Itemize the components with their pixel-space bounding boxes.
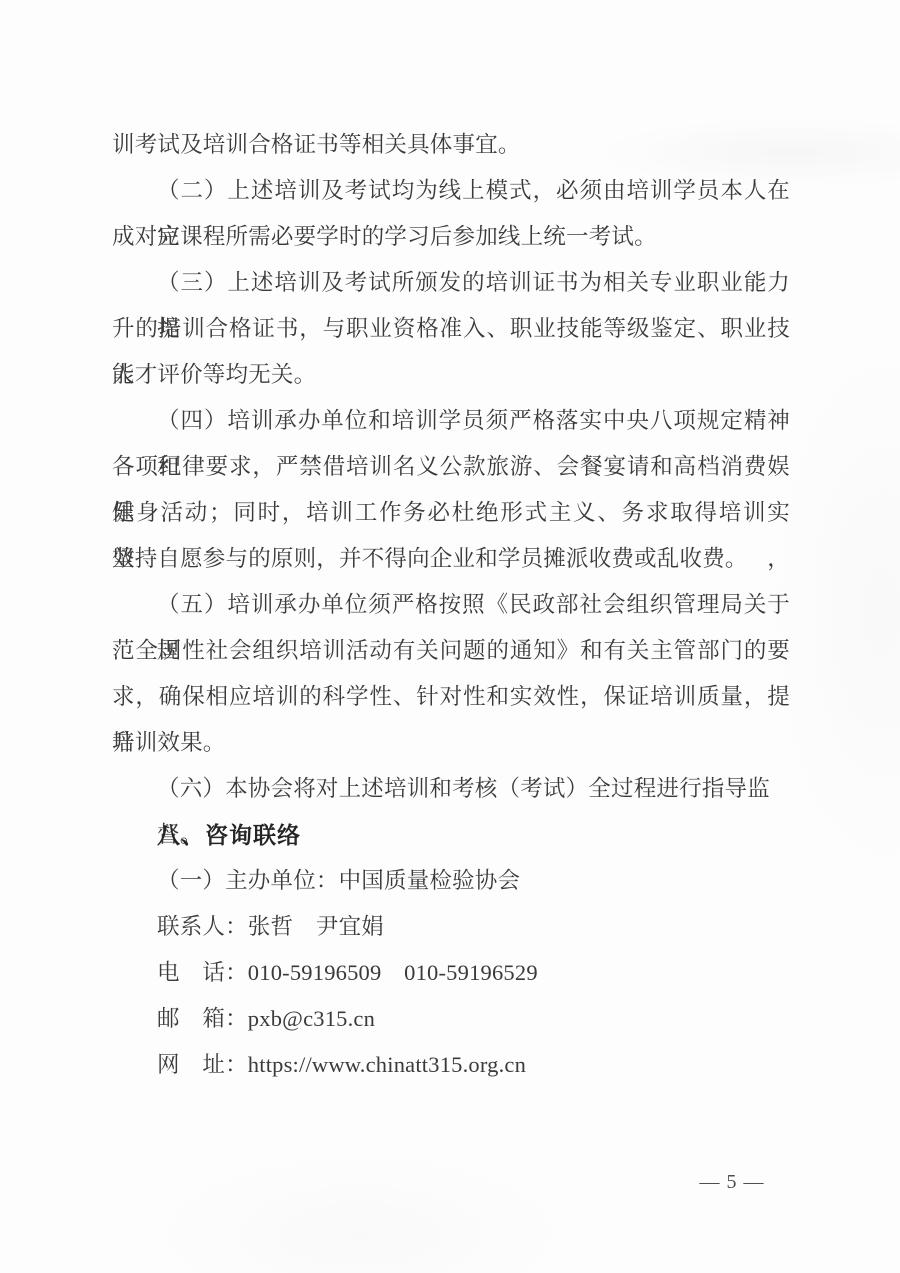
document-line: （四）培训承办单位和培训学员须严格落实中央八项规定精神和	[112, 398, 790, 444]
page-number: — 5 —	[682, 1168, 782, 1196]
document-line: 电 话：010-59196509 010-59196529	[112, 950, 790, 996]
section-heading: 八、咨询联络	[112, 812, 790, 858]
document-line: 坚持自愿参与的原则，并不得向企业和学员摊派收费或乱收费。	[112, 536, 790, 582]
document-line: 训考试及培训合格证书等相关具体事宜。	[112, 122, 790, 168]
document-line: （六）本协会将对上述培训和考核（考试）全过程进行指导监督。	[112, 766, 790, 812]
document-line: 健身活动；同时，培训工作务必杜绝形式主义、务求取得培训实效，	[112, 490, 790, 536]
document-line: 人才评价等均无关。	[112, 352, 790, 398]
document-line: （五）培训承办单位须严格按照《民政部社会组织管理局关于规	[112, 582, 790, 628]
document-line: 培训效果。	[112, 720, 790, 766]
document-line: 成对应课程所需必要学时的学习后参加线上统一考试。	[112, 214, 790, 260]
document-page: 训考试及培训合格证书等相关具体事宜。（二）上述培训及考试均为线上模式，必须由培训…	[0, 0, 900, 1273]
document-line: 网 址：https://www.chinatt315.org.cn	[112, 1042, 790, 1088]
document-line: （一）主办单位：中国质量检验协会	[112, 858, 790, 904]
text-block: 训考试及培训合格证书等相关具体事宜。（二）上述培训及考试均为线上模式，必须由培训…	[112, 122, 790, 1088]
document-line: 求，确保相应培训的科学性、针对性和实效性，保证培训质量，提升	[112, 674, 790, 720]
document-line: 联系人：张哲 尹宜娟	[112, 904, 790, 950]
document-line: 各项纪律要求，严禁借培训名义公款旅游、会餐宴请和高档消费娱乐	[112, 444, 790, 490]
document-line: 升的培训合格证书，与职业资格准入、职业技能等级鉴定、职业技能	[112, 306, 790, 352]
document-line: 邮 箱：pxb@c315.cn	[112, 996, 790, 1042]
document-line: （二）上述培训及考试均为线上模式，必须由培训学员本人在完	[112, 168, 790, 214]
document-line: 范全国性社会组织培训活动有关问题的通知》和有关主管部门的要	[112, 628, 790, 674]
document-line: （三）上述培训及考试所颁发的培训证书为相关专业职业能力提	[112, 260, 790, 306]
